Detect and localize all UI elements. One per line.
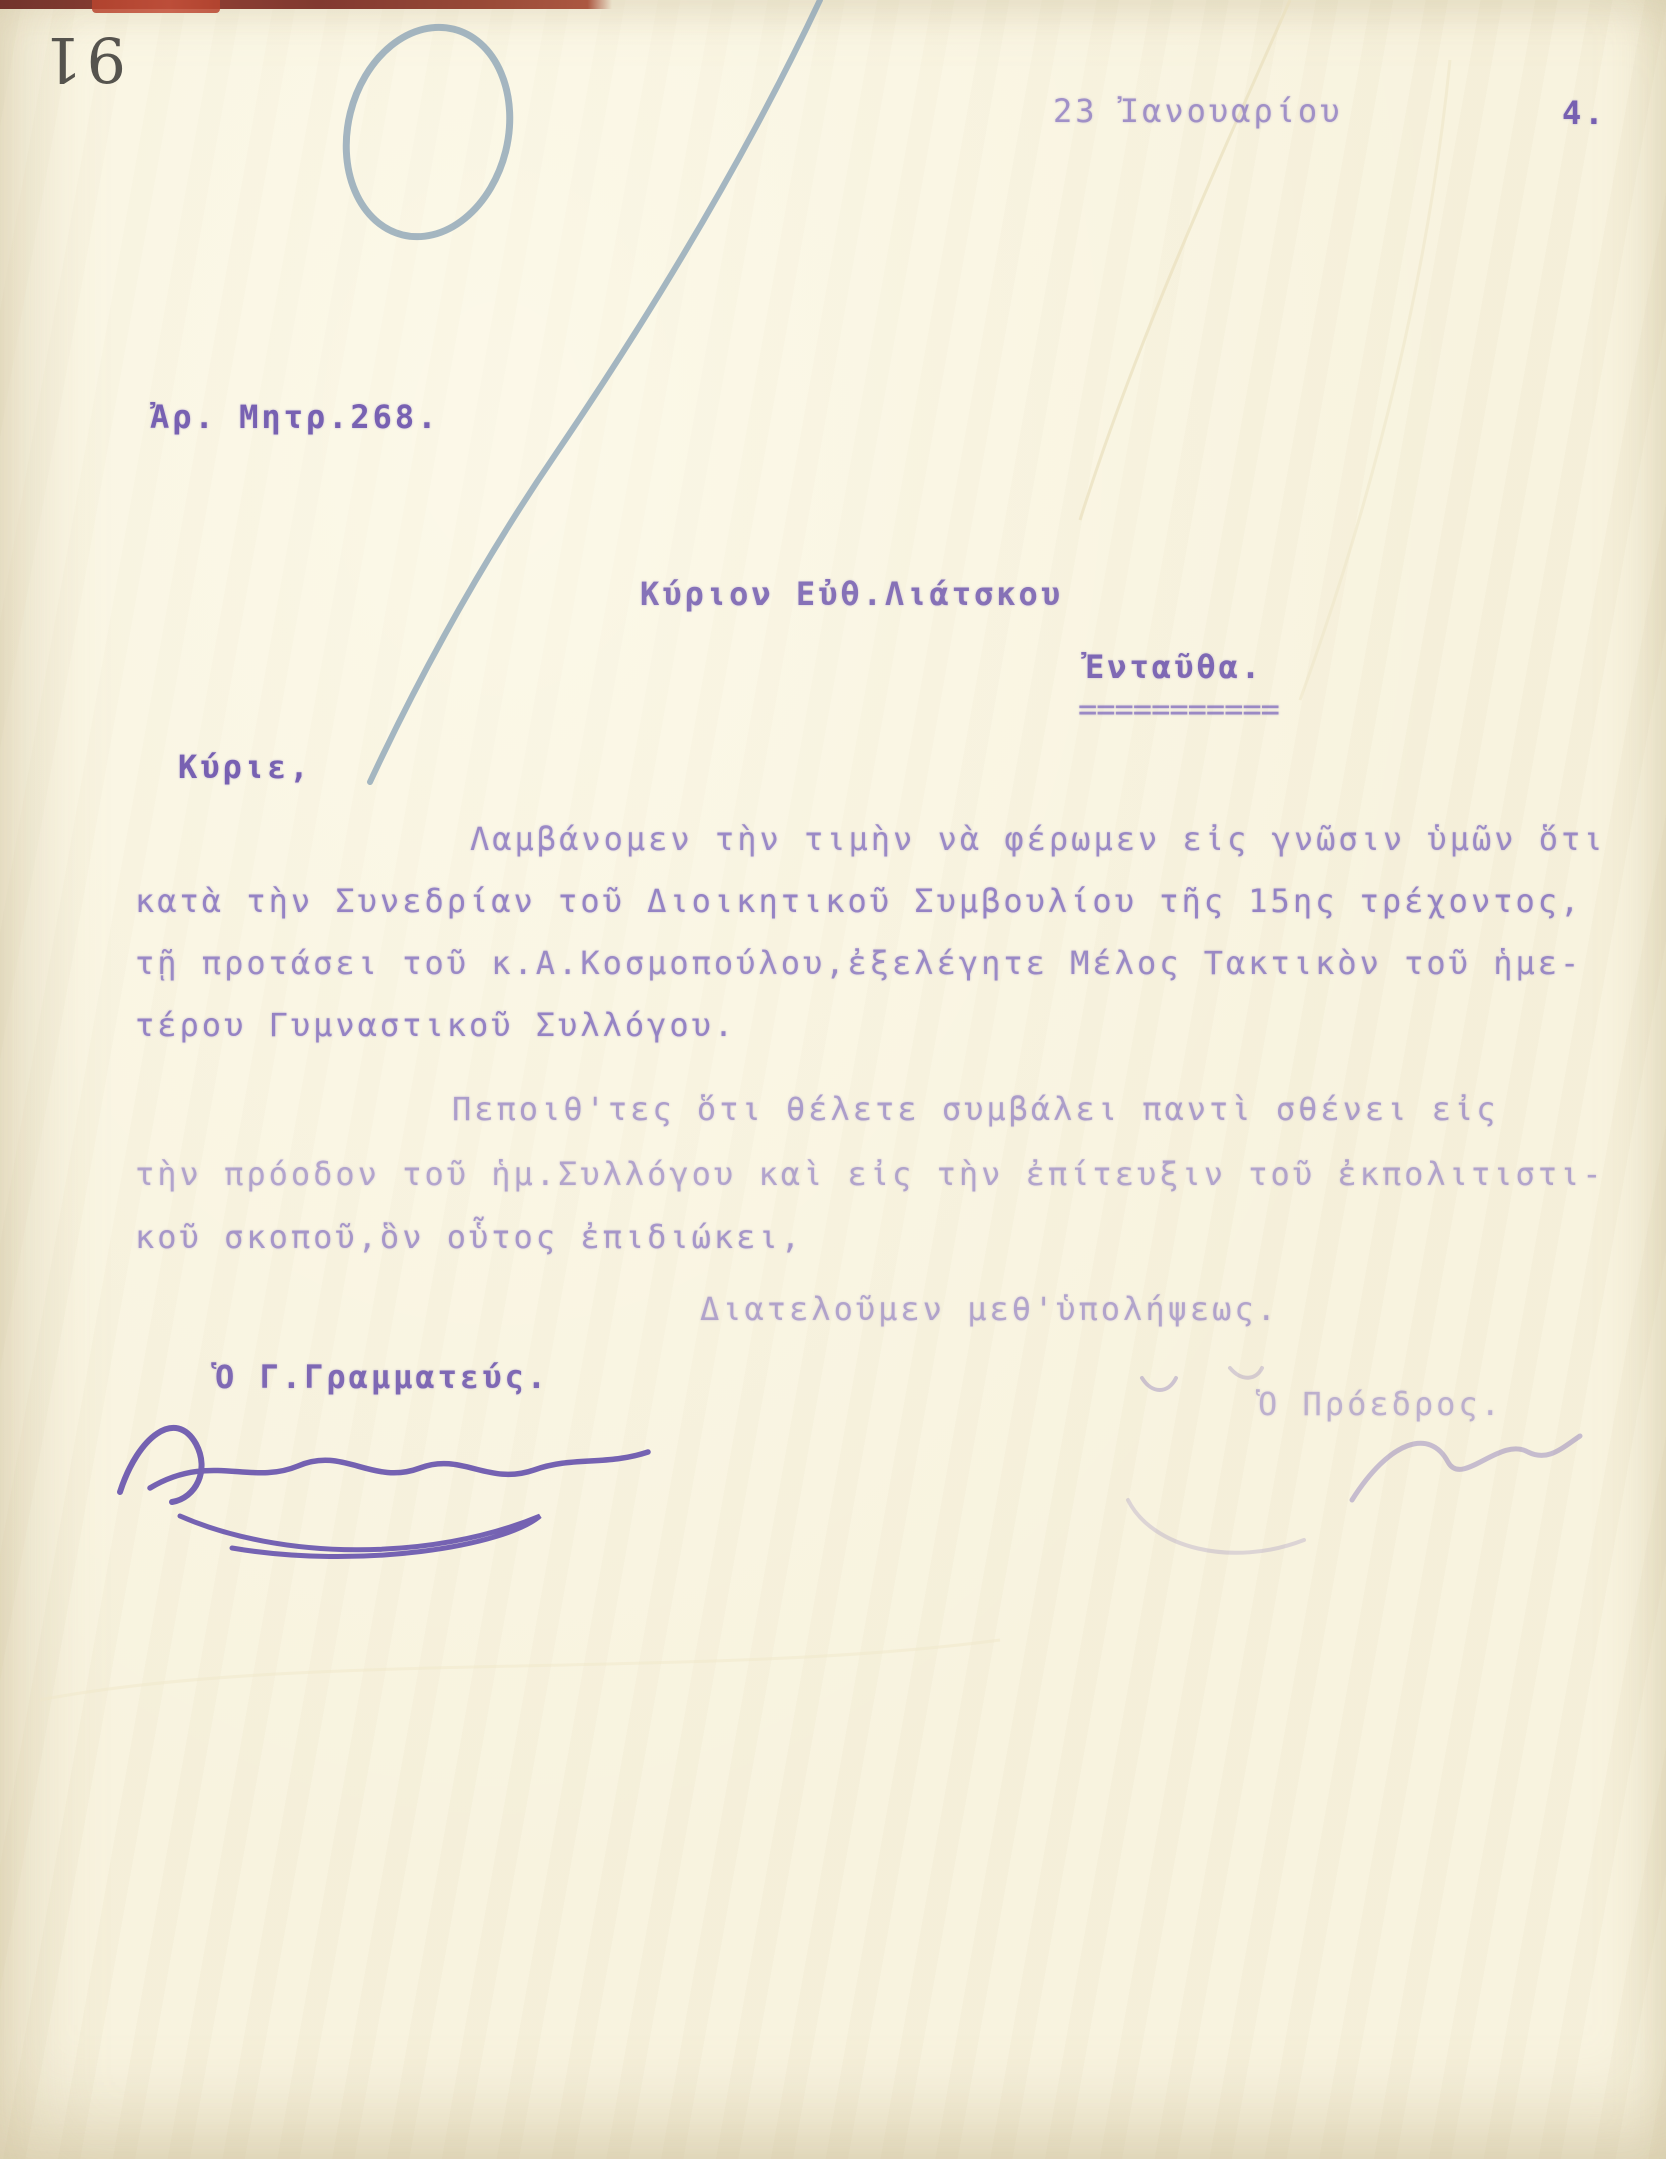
president-signature-drawing bbox=[0, 0, 1666, 2159]
letter-page: 91 23 Ἰανουαρίου 4. Ἀρ. Μητρ.268. Κύριον… bbox=[0, 0, 1666, 2159]
